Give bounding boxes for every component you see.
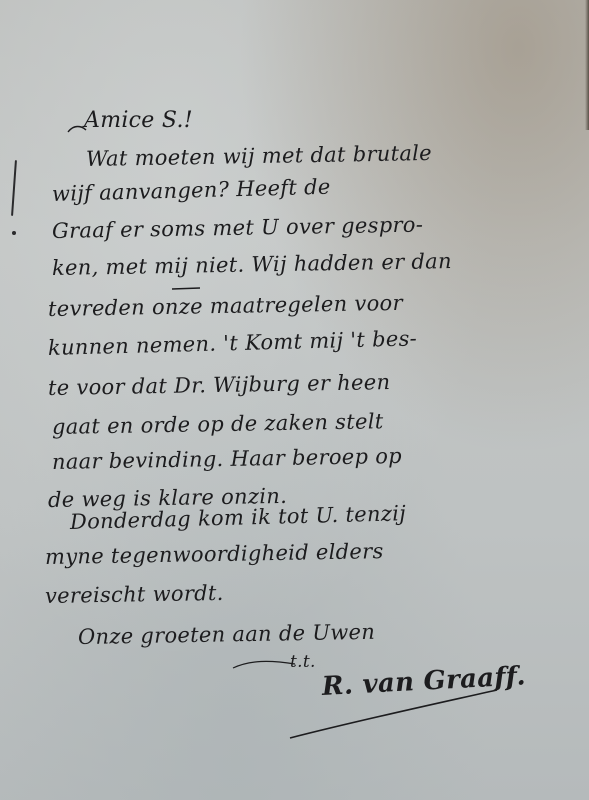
margin-dot: [12, 231, 16, 235]
salutation: Amice S.!: [84, 108, 193, 133]
signature-prefix: t.t.: [290, 652, 316, 672]
page-edge-shadow: [585, 0, 589, 130]
letter-line-13: vereischt wordt.: [45, 581, 224, 608]
